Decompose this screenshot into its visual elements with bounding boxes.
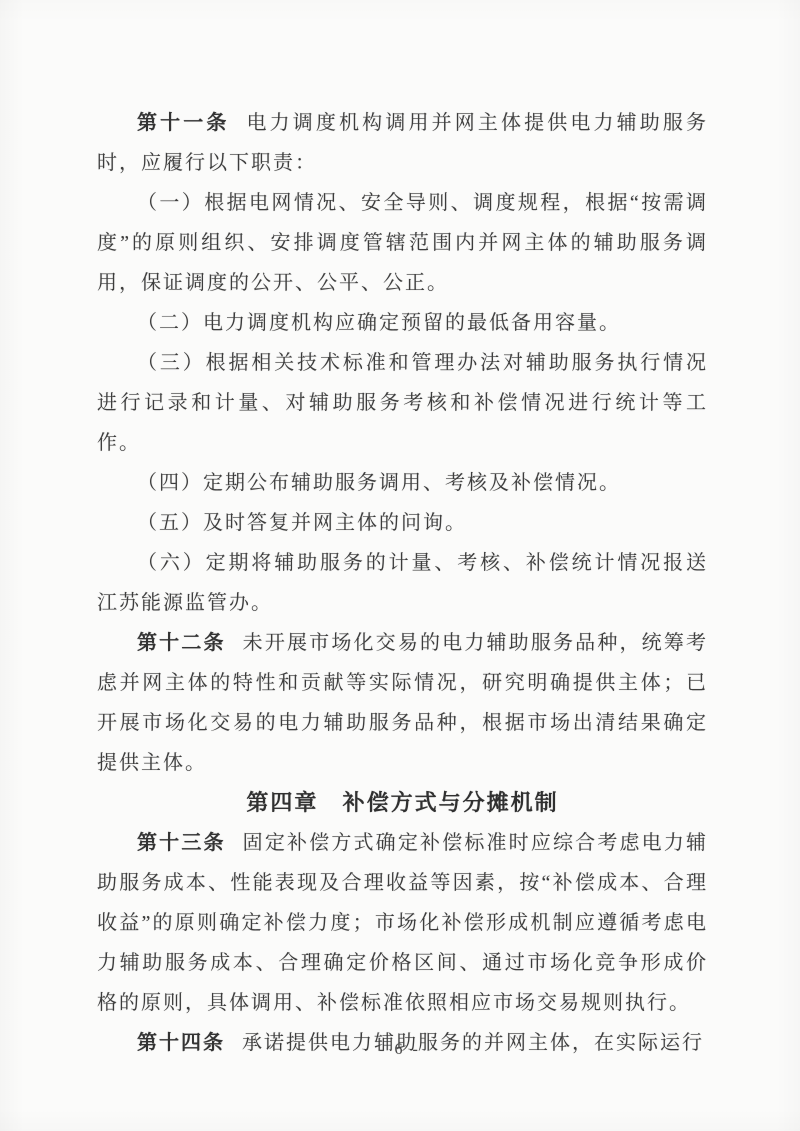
article-12-number: 第十二条 [137, 632, 226, 654]
item-4-paragraph: （四）定期公布辅助服务调用、考核及补偿情况。 [97, 463, 708, 503]
article-13-text: 固定补偿方式确定补偿标准时应综合考虑电力辅助服务成本、性能表现及合理收益等因素，… [97, 832, 708, 1014]
document-text-block: 第十一条电力调度机构调用并网主体提供电力辅助服务时，应履行以下职责： （一）根据… [97, 103, 708, 1063]
item-1-text: （一）根据电网情况、安全导则、调度规程，根据“按需调度”的原则组织、安排调度管辖… [97, 192, 708, 294]
item-3-text: （三）根据相关技术标准和管理办法对辅助服务执行情况进行记录和计量、对辅助服务考核… [97, 352, 708, 454]
chapter-4-label: 第四章 [246, 790, 318, 815]
item-3-paragraph: （三）根据相关技术标准和管理办法对辅助服务执行情况进行记录和计量、对辅助服务考核… [97, 343, 708, 463]
article-11-paragraph: 第十一条电力调度机构调用并网主体提供电力辅助服务时，应履行以下职责： [97, 103, 708, 183]
item-5-paragraph: （五）及时答复并网主体的问询。 [97, 503, 708, 543]
item-1-paragraph: （一）根据电网情况、安全导则、调度规程，根据“按需调度”的原则组织、安排调度管辖… [97, 183, 708, 303]
article-13-number: 第十三条 [137, 832, 226, 854]
item-6-text: （六）定期将辅助服务的计量、考核、补偿统计情况报送江苏能源监管办。 [97, 552, 708, 614]
item-6-paragraph: （六）定期将辅助服务的计量、考核、补偿统计情况报送江苏能源监管办。 [97, 543, 708, 623]
chapter-4-title: 补偿方式与分摊机制 [343, 790, 559, 815]
item-2-text: （二）电力调度机构应确定预留的最低备用容量。 [137, 312, 621, 334]
article-11-number: 第十一条 [137, 112, 230, 134]
item-4-text: （四）定期公布辅助服务调用、考核及补偿情况。 [137, 472, 621, 494]
item-5-text: （五）及时答复并网主体的问询。 [137, 512, 467, 534]
chapter-4-heading: 第四章补偿方式与分摊机制 [97, 783, 708, 823]
article-12-paragraph: 第十二条未开展市场化交易的电力辅助服务品种，统筹考虑并网主体的特性和贡献等实际情… [97, 623, 708, 783]
page-number: - 6 - [0, 1036, 800, 1064]
item-2-paragraph: （二）电力调度机构应确定预留的最低备用容量。 [97, 303, 708, 343]
document-page: { "page": { "background": "#fbfbfa", "te… [0, 0, 800, 1131]
article-13-paragraph: 第十三条固定补偿方式确定补偿标准时应综合考虑电力辅助服务成本、性能表现及合理收益… [97, 823, 708, 1023]
